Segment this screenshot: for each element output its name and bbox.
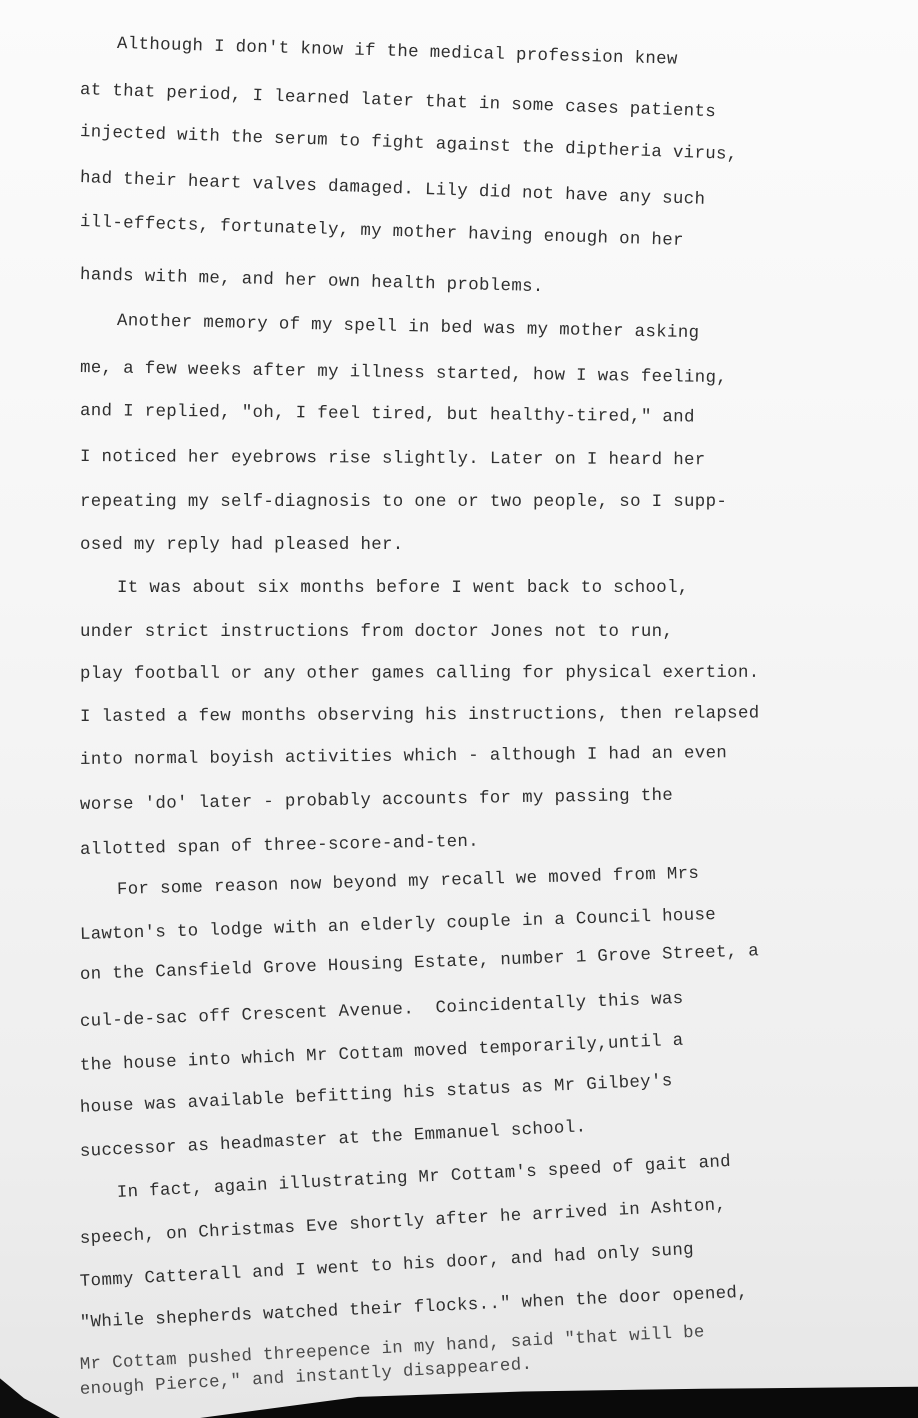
text-line: Another memory of my spell in bed was my… — [117, 311, 700, 345]
text-line: successor as headmaster at the Emmanuel … — [79, 1117, 586, 1164]
text-line: For some reason now beyond my recall we … — [117, 864, 700, 902]
text-line: under strict instructions from doctor Jo… — [80, 622, 673, 644]
text-line: Lawton's to lodge with an elderly couple… — [80, 905, 717, 947]
text-line: house was available befitting his status… — [80, 1071, 674, 1120]
typewritten-page: Although I don't know if the medical pro… — [0, 0, 918, 1418]
text-line: In fact, again illustrating Mr Cottam's … — [116, 1152, 731, 1205]
text-line: had their heart valves damaged. Lily did… — [80, 168, 706, 212]
text-line: on the Cansfield Grove Housing Estate, n… — [80, 941, 760, 987]
text-line: osed my reply had pleased her. — [80, 535, 404, 557]
text-line: and I replied, "oh, I feel tired, but he… — [80, 401, 695, 429]
text-line: Although I don't know if the medical pro… — [117, 34, 678, 72]
text-line: repeating my self-diagnosis to one or tw… — [80, 492, 727, 514]
text-line: allotted span of three-score-and-ten. — [80, 832, 479, 862]
text-line: into normal boyish activities which - al… — [80, 743, 727, 772]
text-line: play football or any other games calling… — [80, 663, 760, 686]
text-line: worse 'do' later - probably accounts for… — [80, 786, 674, 817]
text-line: me, a few weeks after my illness started… — [80, 358, 727, 390]
text-line: Tommy Catterall and I went to his door, … — [79, 1240, 694, 1294]
text-line: hands with me, and her own health proble… — [80, 265, 544, 299]
text-line: I noticed her eyebrows rise slightly. La… — [80, 447, 706, 472]
text-line: the house into which Mr Cottam moved tem… — [80, 1031, 684, 1078]
text-line: at that period, I learned later that in … — [80, 80, 717, 124]
text-line: cul-de-sac off Crescent Avenue. Coincide… — [80, 989, 684, 1034]
text-line: injected with the serum to fight against… — [80, 122, 738, 167]
text-line: ill-effects, fortunately, my mother havi… — [80, 212, 684, 253]
page-corner-shadow — [0, 1374, 60, 1418]
text-line: I lasted a few months observing his inst… — [80, 703, 760, 729]
text-line: It was about six months before I went ba… — [117, 578, 689, 600]
